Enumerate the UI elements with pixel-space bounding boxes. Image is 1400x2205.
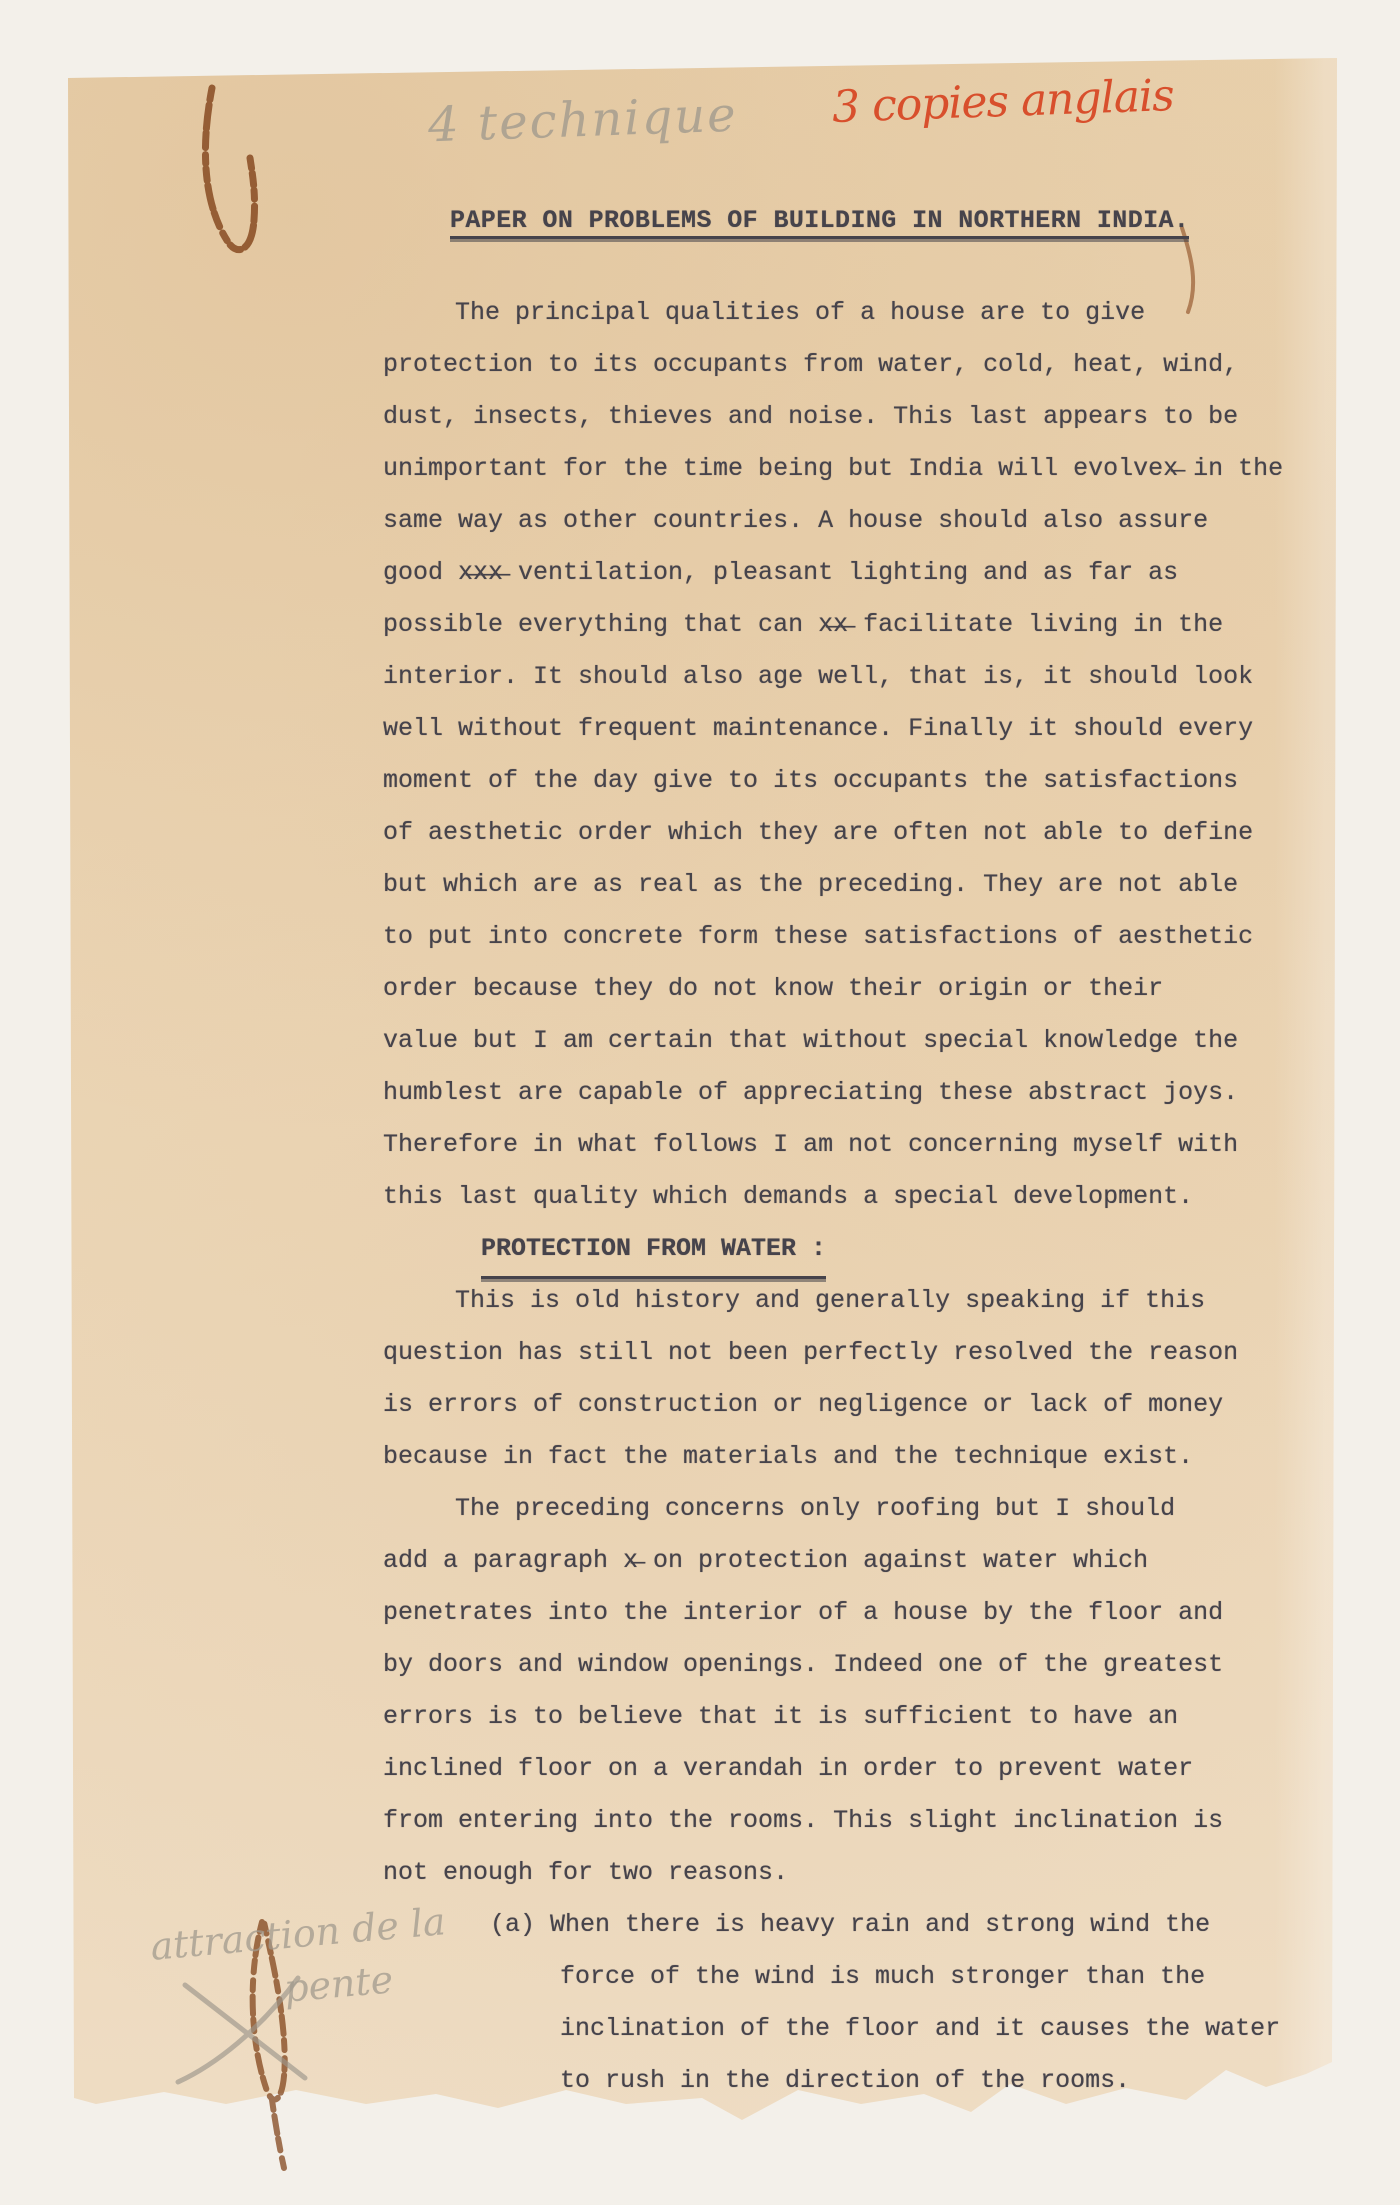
typed-line: Therefore in what follows I am not conce…	[383, 1119, 1343, 1171]
typed-line: value but I am certain that without spec…	[383, 1015, 1343, 1067]
typed-line: errors is to believe that it is sufficie…	[383, 1691, 1343, 1743]
typed-line: same way as other countries. A house sho…	[383, 495, 1343, 547]
typed-line: good x̶x̶x̶ ventilation, pleasant lighti…	[383, 547, 1343, 599]
typed-line: This is old history and generally speaki…	[383, 1275, 1343, 1327]
typed-line: moment of the day give to its occupants …	[383, 755, 1343, 807]
typed-line: interior. It should also age well, that …	[383, 651, 1343, 703]
typed-line: of aesthetic order which they are often …	[383, 807, 1343, 859]
typed-line: (a) When there is heavy rain and strong …	[490, 1899, 1343, 1951]
typed-line: well without frequent maintenance. Final…	[383, 703, 1343, 755]
typed-line: to put into concrete form these satisfac…	[383, 911, 1343, 963]
typed-line: add a paragraph x̶ on protection against…	[383, 1535, 1343, 1587]
typed-line: order because they do not know their ori…	[383, 963, 1343, 1015]
typed-line: The principal qualities of a house are t…	[383, 287, 1343, 339]
typed-line: dust, insects, thieves and noise. This l…	[383, 391, 1343, 443]
typed-line: not enough for two reasons.	[383, 1847, 1343, 1899]
typed-line: this last quality which demands a specia…	[383, 1171, 1343, 1223]
typed-lines: The principal qualities of a house are t…	[383, 287, 1343, 2107]
typed-line: inclined floor on a verandah in order to…	[383, 1743, 1343, 1795]
handwritten-note-technique: 4 technique	[427, 87, 738, 154]
typed-line: force of the wind is much stronger than …	[560, 1951, 1343, 2003]
typed-line: penetrates into the interior of a house …	[383, 1587, 1343, 1639]
typed-line: humblest are capable of appreciating the…	[383, 1067, 1343, 1119]
typed-line: by doors and window openings. Indeed one…	[383, 1639, 1343, 1691]
scanned-document-page: { "page": { "background_color": "#f3f0ea…	[0, 0, 1400, 2205]
typed-line: is errors of construction or negligence …	[383, 1379, 1343, 1431]
section-heading-text: PROTECTION FROM WATER :	[481, 1223, 826, 1276]
typed-line: to rush in the direction of the rooms.	[560, 2055, 1343, 2107]
typed-line: from entering into the rooms. This sligh…	[383, 1795, 1343, 1847]
typed-line: The preceding concerns only roofing but …	[383, 1483, 1343, 1535]
typed-line: unimportant for the time being but India…	[383, 443, 1343, 495]
typed-line: because in fact the materials and the te…	[383, 1431, 1343, 1483]
section-heading-line: PROTECTION FROM WATER :	[481, 1223, 1343, 1275]
typed-line: question has still not been perfectly re…	[383, 1327, 1343, 1379]
typed-line: protection to its occupants from water, …	[383, 339, 1343, 391]
document-title-text: PAPER ON PROBLEMS OF BUILDING IN NORTHER…	[450, 206, 1189, 236]
typed-line: but which are as real as the preceding. …	[383, 859, 1343, 911]
typed-line: possible everything that can x̶x̶ facili…	[383, 599, 1343, 651]
document-title: PAPER ON PROBLEMS OF BUILDING IN NORTHER…	[450, 206, 1189, 236]
typed-line: inclination of the floor and it causes t…	[560, 2003, 1343, 2055]
